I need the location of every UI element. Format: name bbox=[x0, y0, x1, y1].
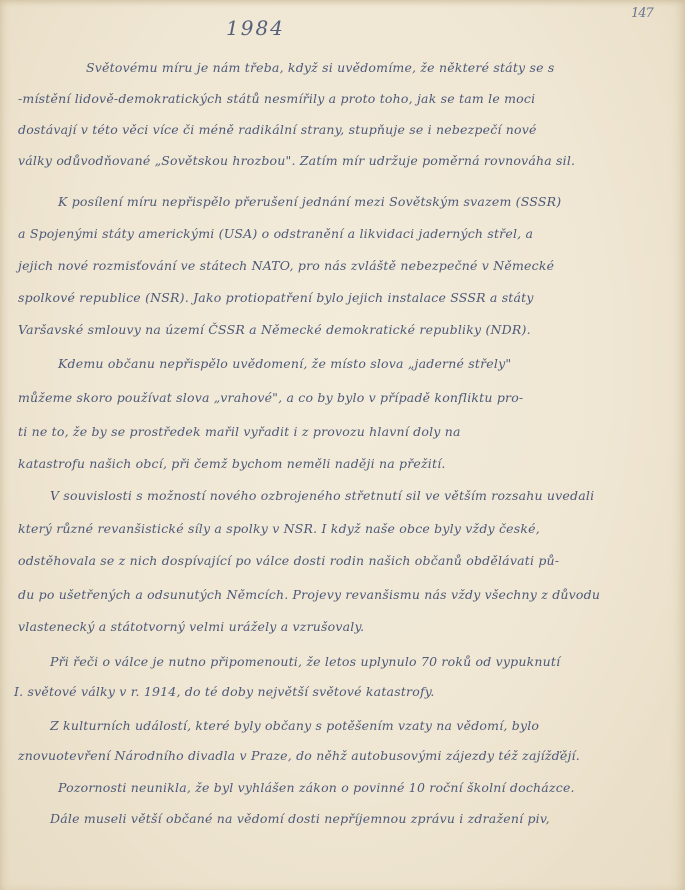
text-line: du po ušetřených a odsunutých Němcích. P… bbox=[18, 587, 600, 602]
text-line: Dále museli větší občané na vědomí dosti… bbox=[50, 811, 550, 826]
text-line: a Spojenými státy americkými (USA) o ods… bbox=[18, 226, 533, 241]
text-line: dostávají v této věci více či méně radik… bbox=[18, 122, 537, 137]
text-line: K posílení míru nepřispělo přerušení jed… bbox=[58, 194, 561, 209]
text-line: Kdemu občanu nepřispělo uvědomení, že mí… bbox=[58, 356, 511, 371]
text-line: spolkové republice (NSR). Jako protiopat… bbox=[18, 290, 534, 305]
chronicle-page: 147 1984 Světovému míru je nám třeba, kd… bbox=[0, 0, 685, 890]
year-heading: 1984 bbox=[226, 16, 285, 40]
text-line: V souvislosti s možností nového ozbrojen… bbox=[50, 488, 594, 503]
text-line: Z kulturních událostí, které byly občany… bbox=[50, 718, 539, 733]
text-line: -místění lidově-demokratických států nes… bbox=[18, 91, 535, 106]
text-line: I. světové války v r. 1914, do té doby n… bbox=[14, 684, 435, 699]
page-number: 147 bbox=[631, 6, 653, 21]
text-line: který různé revanšistické síly a spolky … bbox=[18, 521, 540, 536]
text-line: odstěhovala se z nich dospívající po vál… bbox=[18, 553, 559, 568]
text-line: vlastenecký a státotvorný velmi urážely … bbox=[18, 619, 364, 634]
text-line: můžeme skoro používat slova „vrahové", a… bbox=[18, 390, 523, 405]
text-line: katastrofu našich obcí, při čemž bychom … bbox=[18, 456, 446, 471]
text-line: Varšavské smlouvy na území ČSSR a Německ… bbox=[18, 322, 531, 337]
text-line: Při řeči o válce je nutno připomenouti, … bbox=[50, 654, 560, 669]
text-line: Světovému míru je nám třeba, když si uvě… bbox=[86, 60, 555, 75]
text-line: války odůvodňované „Sovětskou hrozbou". … bbox=[18, 153, 575, 168]
text-line: Pozornosti neunikla, že byl vyhlášen zák… bbox=[58, 780, 575, 795]
text-line: znovuotevření Národního divadla v Praze,… bbox=[18, 748, 580, 763]
text-line: jejich nové rozmisťování ve státech NATO… bbox=[18, 258, 554, 273]
text-line: ti ne to, že by se prostředek mařil vyřa… bbox=[18, 424, 461, 439]
